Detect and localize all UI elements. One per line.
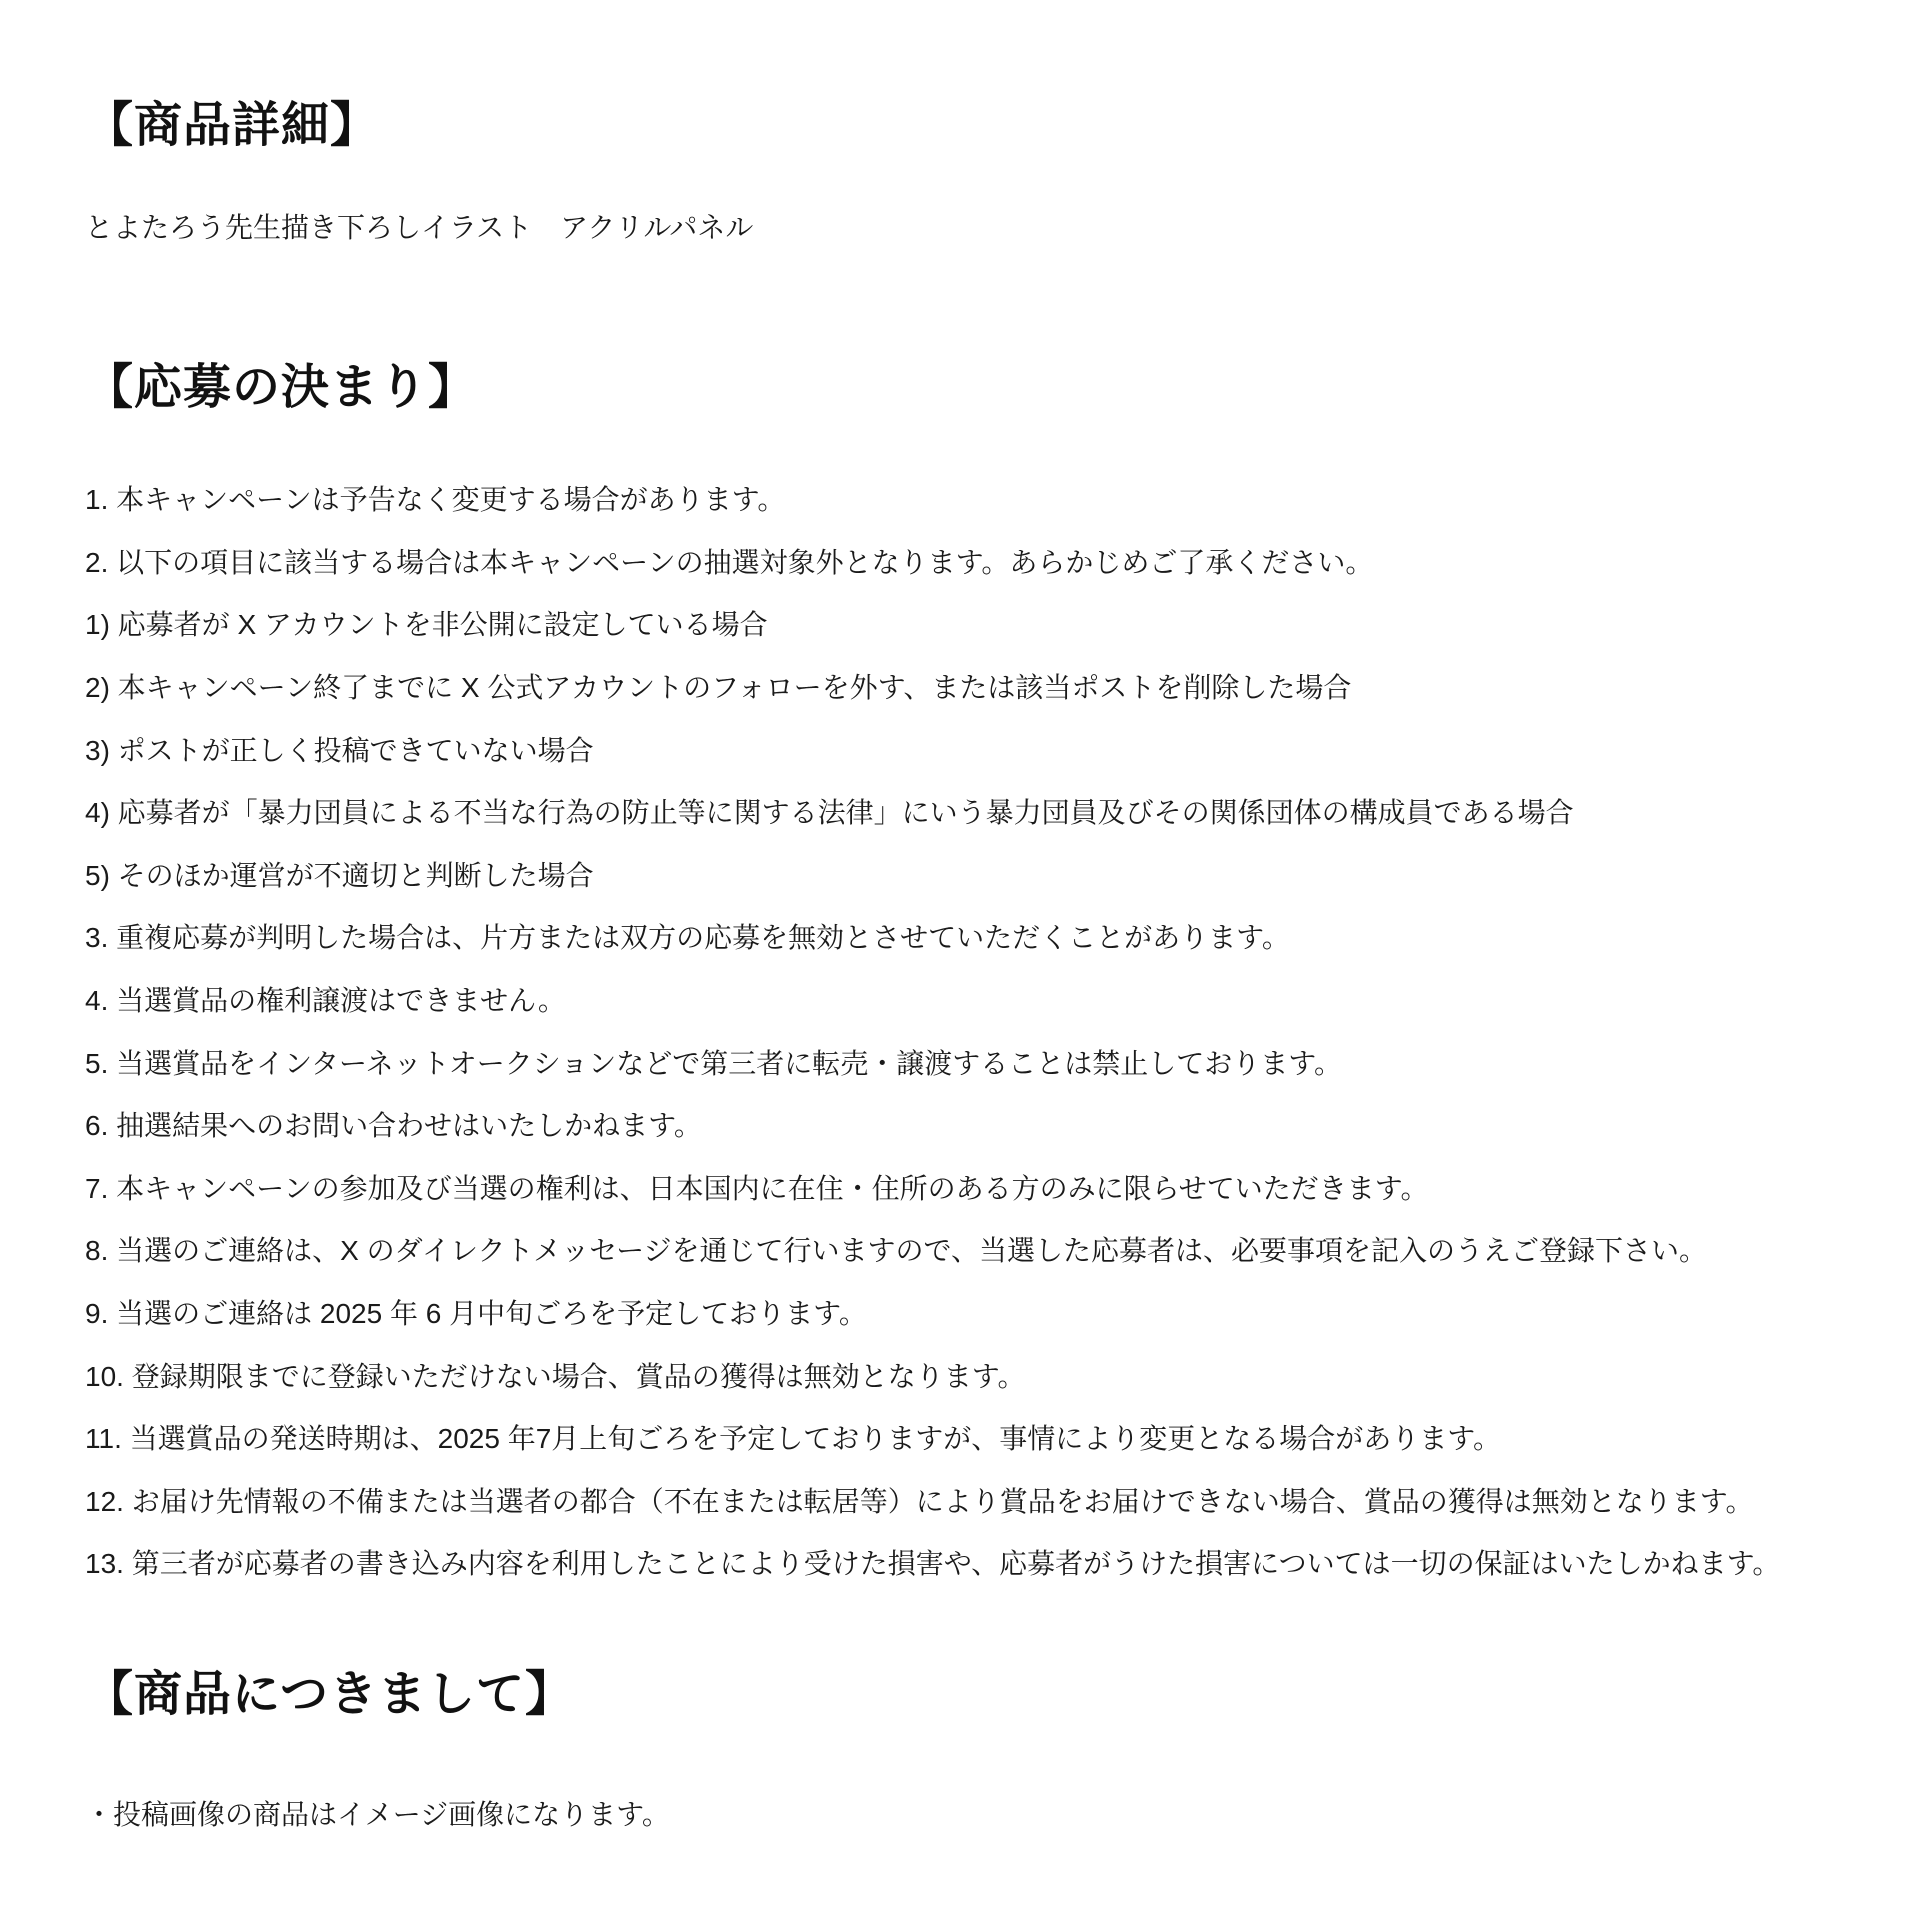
rule-item-1: 1. 本キャンペーンは予告なく変更する場合があります。 <box>85 483 1860 517</box>
rule-item-6: 6. 抽選結果へのお問い合わせはいたしかねます。 <box>85 1109 1860 1143</box>
rules-list: 1. 本キャンペーンは予告なく変更する場合があります。 2. 以下の項目に該当す… <box>85 483 1860 1581</box>
rule-item-11: 11. 当選賞品の発送時期は、2025 年7月上旬ごろを予定しておりますが、事情… <box>85 1422 1860 1456</box>
application-rules-heading: 【応募の決まり】 <box>85 362 1860 415</box>
rule-subitem-5: 5) そのほか運営が不適切と判断した場合 <box>85 859 1860 893</box>
rule-item-13: 13. 第三者が応募者の書き込み内容を利用したことにより受けた損害や、応募者がう… <box>85 1547 1860 1581</box>
document-page: 【商品詳細】 とよたろう先生描き下ろしイラスト アクリルパネル 【応募の決まり】… <box>0 0 1920 1831</box>
section-application-rules: 【応募の決まり】 1. 本キャンペーンは予告なく変更する場合があります。 2. … <box>85 362 1860 1580</box>
section-product-details: 【商品詳細】 とよたろう先生描き下ろしイラスト アクリルパネル <box>85 100 1860 244</box>
rule-item-10: 10. 登録期限までに登録いただけない場合、賞品の獲得は無効となります。 <box>85 1360 1860 1394</box>
rule-subitem-2: 2) 本キャンペーン終了までに X 公式アカウントのフォローを外す、または該当ポ… <box>85 671 1860 705</box>
rule-item-4: 4. 当選賞品の権利譲渡はできません。 <box>85 984 1860 1018</box>
rule-subitem-1: 1) 応募者が X アカウントを非公開に設定している場合 <box>85 608 1860 642</box>
rule-item-7: 7. 本キャンペーンの参加及び当選の権利は、日本国内に在住・住所のある方のみに限… <box>85 1172 1860 1206</box>
about-product-note: ・投稿画像の商品はイメージ画像になります。 <box>85 1798 1860 1832</box>
rule-item-3: 3. 重複応募が判明した場合は、片方または双方の応募を無効とさせていただくことが… <box>85 921 1860 955</box>
rule-item-8: 8. 当選のご連絡は、X のダイレクトメッセージを通じて行いますので、当選した応… <box>85 1234 1860 1268</box>
product-details-heading: 【商品詳細】 <box>85 100 1860 153</box>
rule-item-2: 2. 以下の項目に該当する場合は本キャンペーンの抽選対象外となります。あらかじめ… <box>85 546 1860 580</box>
rule-subitem-4: 4) 応募者が「暴力団員による不当な行為の防止等に関する法律」にいう暴力団員及び… <box>85 796 1860 830</box>
rule-item-12: 12. お届け先情報の不備または当選者の都合（不在または転居等）により賞品をお届… <box>85 1485 1860 1519</box>
about-product-heading: 【商品につきまして】 <box>85 1669 1860 1722</box>
product-details-line: とよたろう先生描き下ろしイラスト アクリルパネル <box>85 211 1860 245</box>
rule-item-5: 5. 当選賞品をインターネットオークションなどで第三者に転売・譲渡することは禁止… <box>85 1047 1860 1081</box>
section-about-product: 【商品につきまして】 ・投稿画像の商品はイメージ画像になります。 <box>85 1669 1860 1831</box>
rule-item-9: 9. 当選のご連絡は 2025 年 6 月中旬ごろを予定しております。 <box>85 1297 1860 1331</box>
rule-subitem-3: 3) ポストが正しく投稿できていない場合 <box>85 734 1860 768</box>
